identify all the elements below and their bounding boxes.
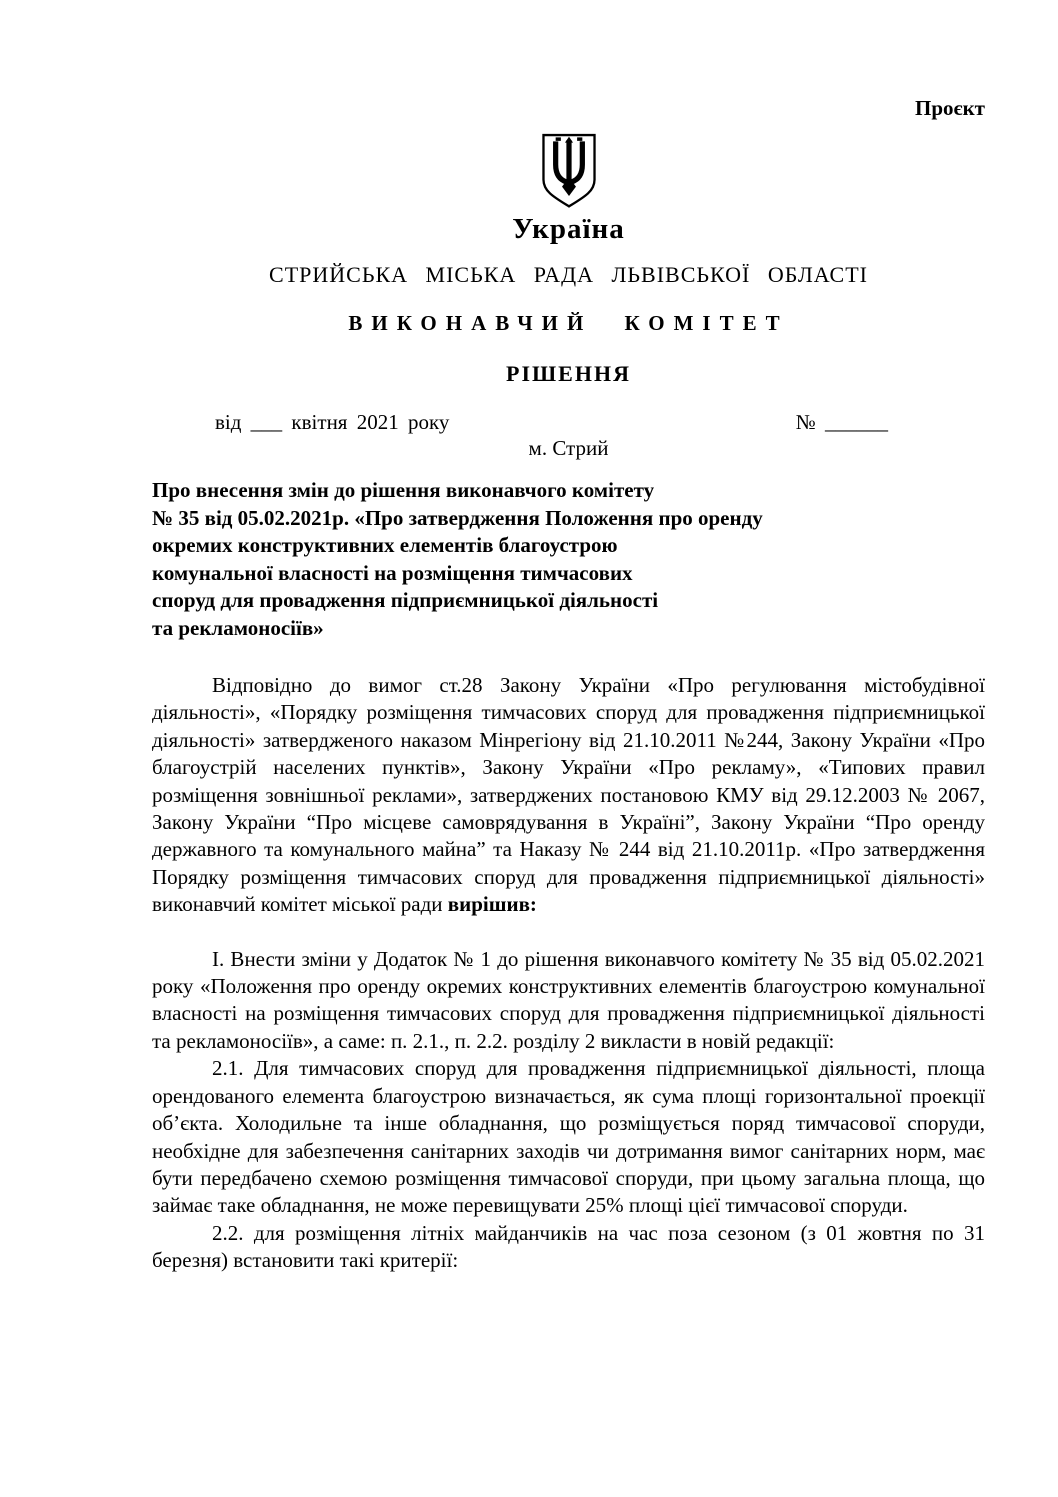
country-name: Україна (152, 213, 985, 246)
paragraph-item-2-1: 2.1. Для тимчасових споруд для проваджен… (152, 1055, 985, 1219)
council-name: СТРИЙСЬКА МІСЬКА РАДА ЛЬВІВСЬКОЇ ОБЛАСТІ (152, 262, 985, 288)
paragraph-item-1: І. Внести зміни у Додаток № 1 до рішення… (152, 946, 985, 1056)
number-blank: ______ (825, 410, 888, 434)
paragraph-item-2-2: 2.2. для розміщення літніх майданчиків н… (152, 1220, 985, 1275)
date-number-row: від ___ квітня 2021 року № ______ (152, 410, 985, 435)
subject-line: комунальної власності на розміщення тимч… (152, 560, 812, 588)
subject-line: окремих конструктивних елементів благоус… (152, 532, 812, 560)
date-line: від ___ квітня 2021 року (152, 410, 449, 435)
committee-name: ВИКОНАВЧИЙ КОМІТЕТ (152, 311, 985, 336)
subject-line: споруд для провадження підприємницької д… (152, 587, 812, 615)
document-content: Проєкт Україна СТРИЙСЬКА МІСЬКА РАДА ЛЬВ… (152, 0, 985, 1275)
ukraine-trident-emblem-icon (152, 133, 985, 209)
subject-line: № 35 від 05.02.2021р. «Про затвердження … (152, 505, 812, 533)
decision-number: № ______ (796, 410, 888, 435)
document-type: РІШЕННЯ (152, 361, 985, 387)
paragraph-intro-text: Відповідно до вимог ст.28 Закону України… (152, 673, 985, 916)
draft-label: Проєкт (152, 96, 985, 121)
number-label: № (796, 410, 816, 434)
document-page: Проєкт Україна СТРИЙСЬКА МІСЬКА РАДА ЛЬВ… (0, 0, 1058, 1497)
paragraph-intro: Відповідно до вимог ст.28 Закону України… (152, 672, 985, 919)
subject-block: Про внесення змін до рішення виконавчого… (152, 477, 812, 642)
resolution-word: вирішив: (448, 892, 537, 916)
subject-line: Про внесення змін до рішення виконавчого… (152, 477, 812, 505)
subject-line: та рекламоносіїв» (152, 615, 812, 643)
place-line: м. Стрий (152, 436, 985, 461)
